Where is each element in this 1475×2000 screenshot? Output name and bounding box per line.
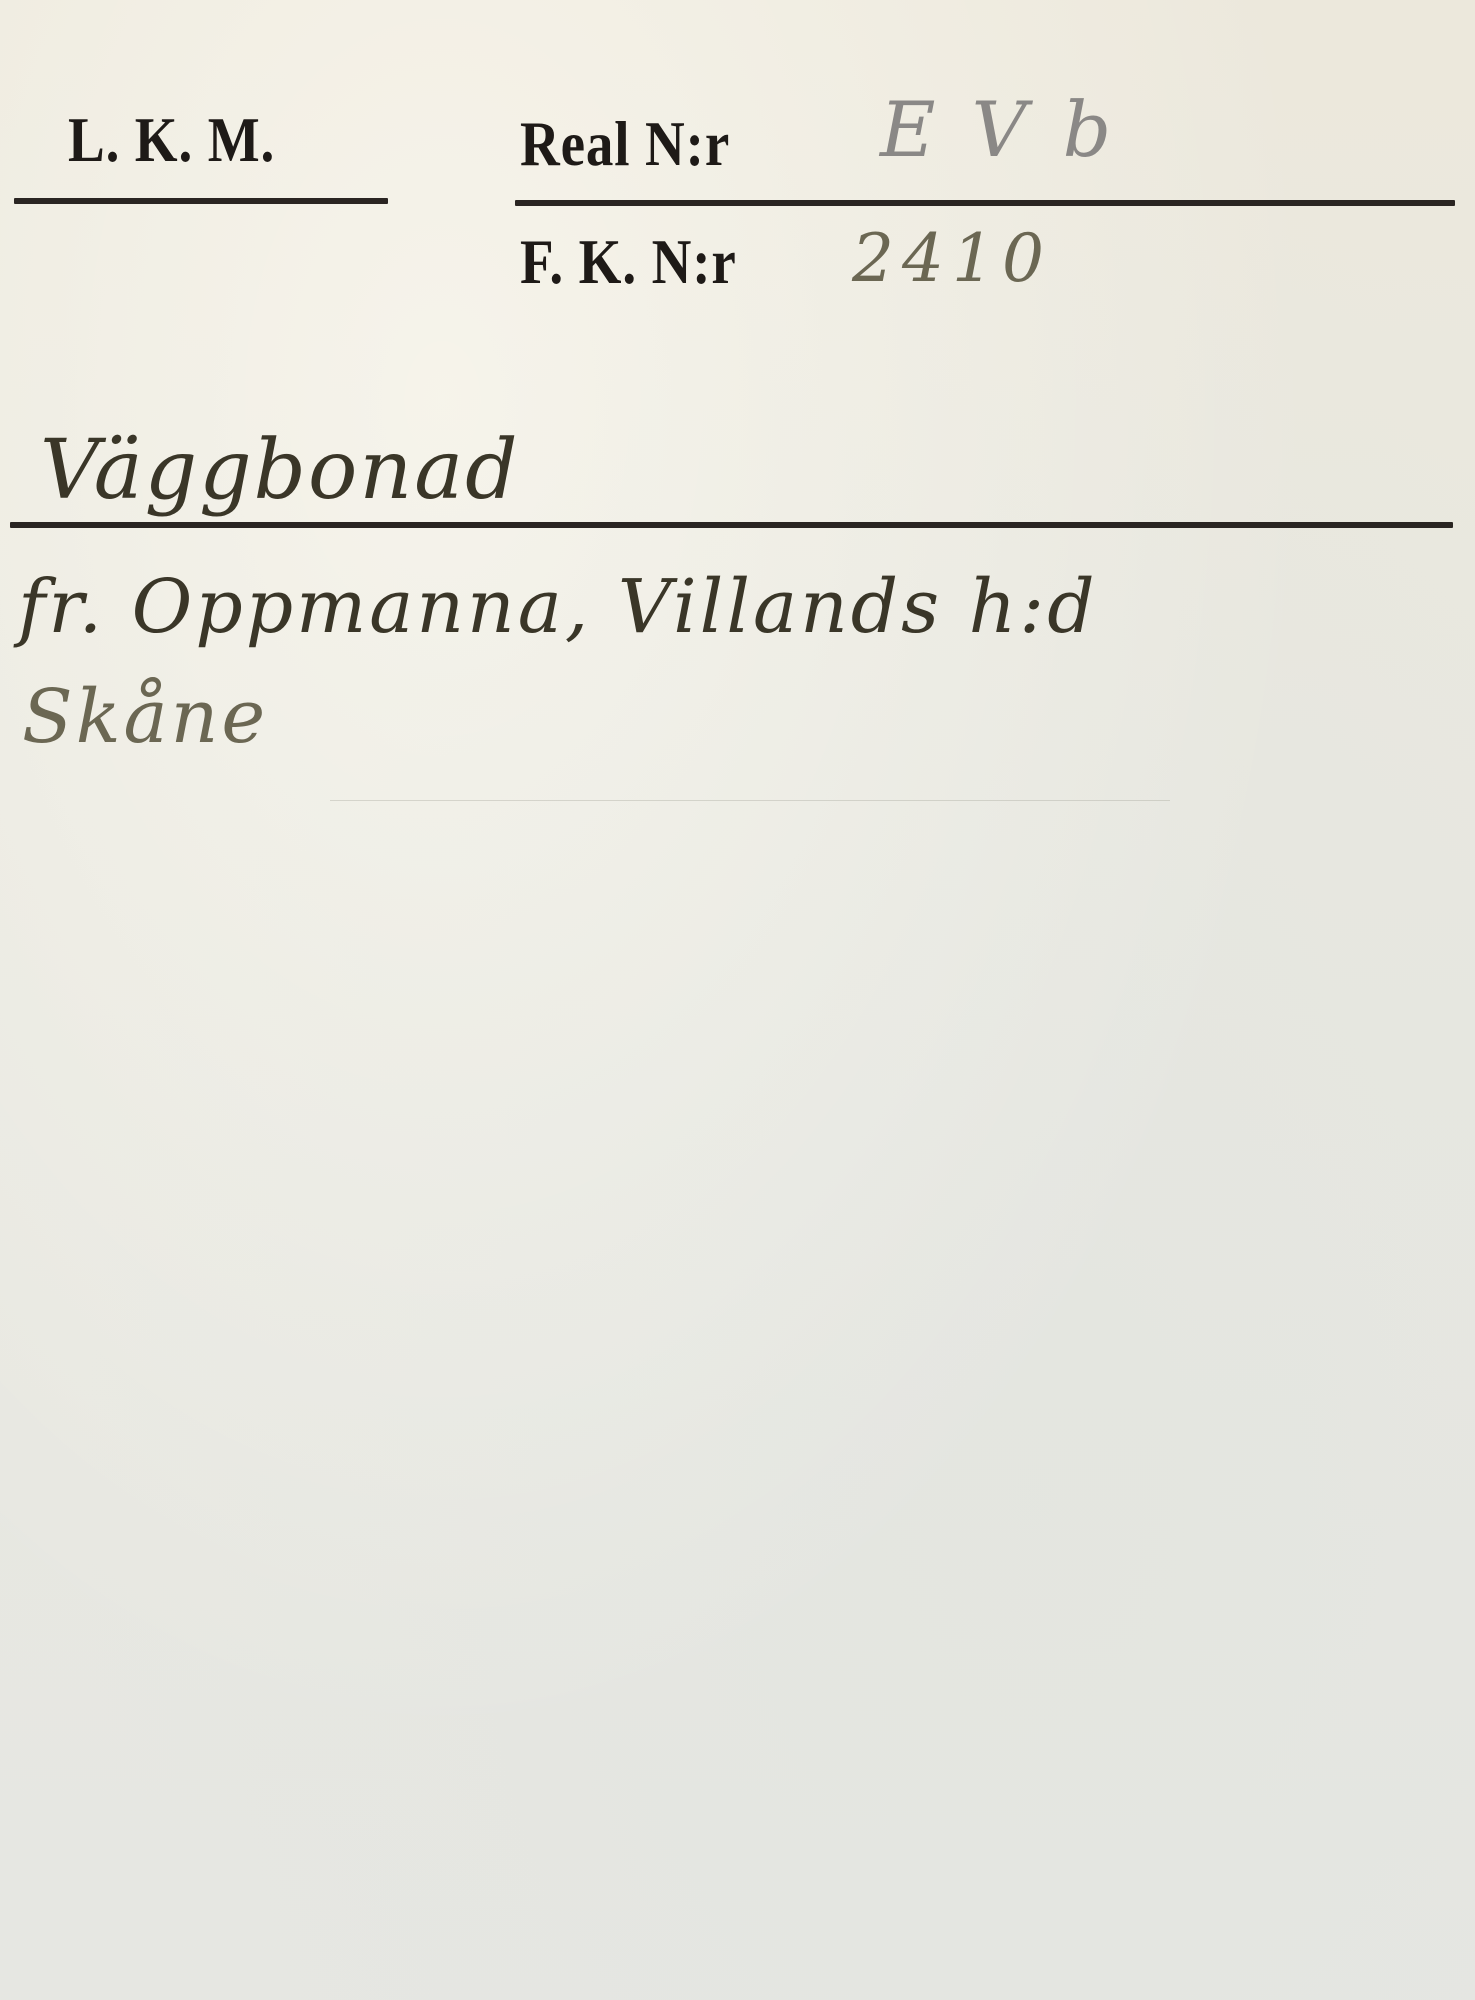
fk-number-label: F. K. N:r [520, 230, 737, 294]
real-number-value: E V b [880, 92, 1117, 168]
institution-rule [14, 198, 388, 204]
fk-number-value: 2410 [852, 226, 1052, 292]
institution-label: L. K. M. [68, 108, 275, 172]
region: Skåne [22, 680, 268, 754]
paper-fold-line [330, 800, 1170, 801]
catalog-card: L. K. M. Real N:r E V b F. K. N:r 2410 V… [0, 0, 1475, 2000]
object-name-rule [10, 522, 1453, 528]
real-number-rule [515, 200, 1455, 206]
real-number-label: Real N:r [520, 112, 730, 176]
object-name: Väggbonad [40, 430, 520, 512]
provenance-line: fr. Oppmanna, Villands h:d [18, 570, 1098, 644]
